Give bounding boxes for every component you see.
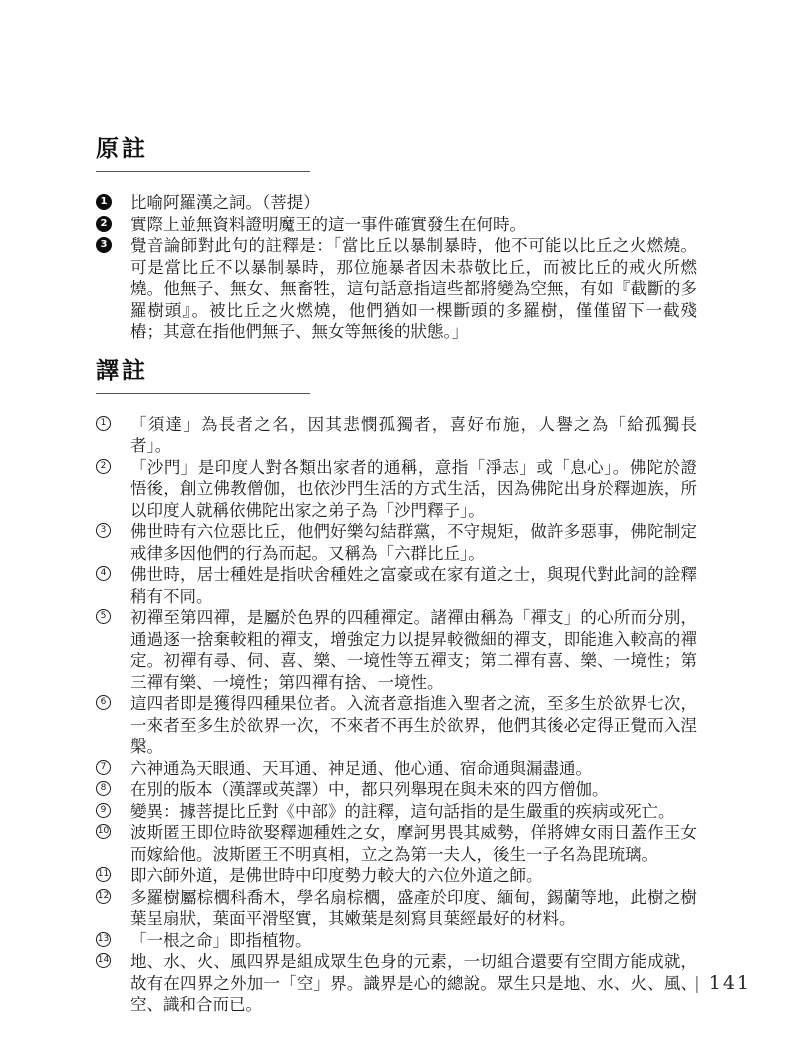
note-item: 2 「沙門」是印度人對各類出家者的通稱，意指「淨志」或「息心」。佛陀於證悟後，創… bbox=[96, 457, 697, 522]
note-text: 波斯匿王即位時欲娶釋迦種姓之女，摩訶男畏其威勢，佯將婢女雨日蓋作王女而嫁給他。波… bbox=[130, 823, 697, 864]
page-number: 141 bbox=[709, 972, 751, 994]
note-item: 8 在別的版本（漢譯或英譯）中，都只列舉現在與未來的四方僧伽。 bbox=[96, 779, 697, 801]
outline-circle-number-icon: 5 bbox=[96, 609, 111, 624]
outline-circle-number-icon: 2 bbox=[96, 459, 111, 474]
filled-circle-number-icon: 2 bbox=[96, 216, 112, 232]
note-text: 比喻阿羅漢之詞。（菩提） bbox=[130, 193, 320, 212]
note-text: 覺音論師對此句的註釋是：「當比丘以暴制暴時，他不可能以比丘之火燃燒。可是當比丘不… bbox=[130, 236, 697, 341]
note-item: 12 多羅樹屬棕櫚科喬木，學名扇棕櫚，盛產於印度、緬甸，錫蘭等地，此樹之樹葉呈扇… bbox=[96, 887, 697, 930]
outline-circle-number-icon: 14 bbox=[96, 953, 111, 968]
outline-circle-number-icon: 11 bbox=[96, 867, 111, 882]
section-original-notes: 原註 1 比喻阿羅漢之詞。（菩提） 2 實際上並無資料證明魔王的這一事件確實發生… bbox=[96, 135, 697, 343]
filled-circle-number-icon: 3 bbox=[96, 237, 112, 253]
note-item: 11 即六師外道，是佛世時中印度勢力較大的六位外道之師。 bbox=[96, 865, 697, 887]
footer-page-number: | 141 bbox=[694, 972, 751, 994]
note-text: 「沙門」是印度人對各類出家者的通稱，意指「淨志」或「息心」。佛陀於證悟後，創立佛… bbox=[130, 458, 697, 520]
note-item: 5 初禪至第四禪，是屬於色界的四種禪定。諸禪由稱為「禪支」的心所而分別，通過逐一… bbox=[96, 607, 697, 693]
note-text: 佛世時有六位惡比丘，他們好樂勾結群黨，不守規矩，做許多惡事，佛陀制定戒律多因他們… bbox=[130, 522, 697, 563]
section-heading-translation-notes: 譯註 bbox=[96, 357, 697, 385]
note-item: 2 實際上並無資料證明魔王的這一事件確實發生在何時。 bbox=[96, 214, 697, 236]
content-column: 原註 1 比喻阿羅漢之詞。（菩提） 2 實際上並無資料證明魔王的這一事件確實發生… bbox=[96, 135, 697, 1016]
book-page: 原註 1 比喻阿羅漢之詞。（菩提） 2 實際上並無資料證明魔王的這一事件確實發生… bbox=[0, 0, 792, 1056]
outline-circle-number-icon: 12 bbox=[96, 889, 111, 904]
outline-circle-number-icon: 7 bbox=[96, 760, 111, 775]
note-text: 「須達」為長者之名，因其悲憫孤獨者，喜好布施，人譽之為「給孤獨長者」。 bbox=[130, 415, 697, 456]
section-heading-original-notes: 原註 bbox=[96, 135, 697, 163]
outline-circle-number-icon: 8 bbox=[96, 781, 111, 796]
outline-circle-number-icon: 4 bbox=[96, 566, 111, 581]
note-item: 4 佛世時，居士種姓是指吠舍種姓之富豪或在家有道之士，與現代對此詞的詮釋稍有不同… bbox=[96, 564, 697, 607]
note-text: 「一根之命」即指植物。 bbox=[130, 931, 312, 950]
note-item: 3 覺音論師對此句的註釋是：「當比丘以暴制暴時，他不可能以比丘之火燃燒。可是當比… bbox=[96, 235, 697, 343]
note-item: 10 波斯匿王即位時欲娶釋迦種姓之女，摩訶男畏其威勢，佯將婢女雨日蓋作王女而嫁給… bbox=[96, 822, 697, 865]
note-text: 初禪至第四禪，是屬於色界的四種禪定。諸禪由稱為「禪支」的心所而分別，通過逐一捨棄… bbox=[130, 608, 697, 692]
note-text: 佛世時，居士種姓是指吠舍種姓之富豪或在家有道之士，與現代對此詞的詮釋稍有不同。 bbox=[130, 565, 697, 606]
translation-notes-list: 1 「須達」為長者之名，因其悲憫孤獨者，喜好布施，人譽之為「給孤獨長者」。 2 … bbox=[96, 414, 697, 1016]
outline-circle-number-icon: 13 bbox=[96, 932, 111, 947]
original-notes-list: 1 比喻阿羅漢之詞。（菩提） 2 實際上並無資料證明魔王的這一事件確實發生在何時… bbox=[96, 192, 697, 343]
note-item: 3 佛世時有六位惡比丘，他們好樂勾結群黨，不守規矩，做許多惡事，佛陀制定戒律多因… bbox=[96, 521, 697, 564]
note-item: 9 變異：據菩提比丘對《中部》的註釋，這句話指的是生嚴重的疾病或死亡。 bbox=[96, 801, 697, 823]
outline-circle-number-icon: 6 bbox=[96, 695, 111, 710]
note-text: 即六師外道，是佛世時中印度勢力較大的六位外道之師。 bbox=[130, 866, 543, 885]
filled-circle-number-icon: 1 bbox=[96, 194, 112, 210]
note-text: 多羅樹屬棕櫚科喬木，學名扇棕櫚，盛產於印度、緬甸，錫蘭等地，此樹之樹葉呈扇狀，葉… bbox=[130, 888, 697, 929]
note-item: 14 地、水、火、風四界是組成眾生色身的元素，一切組合還要有空間方能成就，故有在… bbox=[96, 951, 697, 1016]
outline-circle-number-icon: 1 bbox=[96, 416, 111, 431]
outline-circle-number-icon: 10 bbox=[96, 824, 111, 839]
note-item: 1 比喻阿羅漢之詞。（菩提） bbox=[96, 192, 697, 214]
note-text: 六神通為天眼通、天耳通、神足通、他心通、宿命通與漏盡通。 bbox=[130, 759, 592, 778]
note-text: 這四者即是獲得四種果位者。入流者意指進入聖者之流，至多生於欲界七次，一來者至多生… bbox=[130, 694, 697, 756]
heading-rule bbox=[96, 171, 310, 172]
note-item: 13 「一根之命」即指植物。 bbox=[96, 930, 697, 952]
note-text: 變異：據菩提比丘對《中部》的註釋，這句話指的是生嚴重的疾病或死亡。 bbox=[130, 802, 675, 821]
note-text: 實際上並無資料證明魔王的這一事件確實發生在何時。 bbox=[130, 215, 526, 234]
note-item: 7 六神通為天眼通、天耳通、神足通、他心通、宿命通與漏盡通。 bbox=[96, 758, 697, 780]
note-item: 6 這四者即是獲得四種果位者。入流者意指進入聖者之流，至多生於欲界七次，一來者至… bbox=[96, 693, 697, 758]
outline-circle-number-icon: 9 bbox=[96, 803, 111, 818]
note-text: 在別的版本（漢譯或英譯）中，都只列舉現在與未來的四方僧伽。 bbox=[130, 780, 609, 799]
note-item: 1 「須達」為長者之名，因其悲憫孤獨者，喜好布施，人譽之為「給孤獨長者」。 bbox=[96, 414, 697, 457]
outline-circle-number-icon: 3 bbox=[96, 523, 111, 538]
heading-rule bbox=[96, 393, 310, 394]
page-number-separator: | bbox=[694, 974, 700, 994]
section-translation-notes: 譯註 1 「須達」為長者之名，因其悲憫孤獨者，喜好布施，人譽之為「給孤獨長者」。… bbox=[96, 357, 697, 1016]
note-text: 地、水、火、風四界是組成眾生色身的元素，一切組合還要有空間方能成就，故有在四界之… bbox=[130, 952, 697, 1014]
